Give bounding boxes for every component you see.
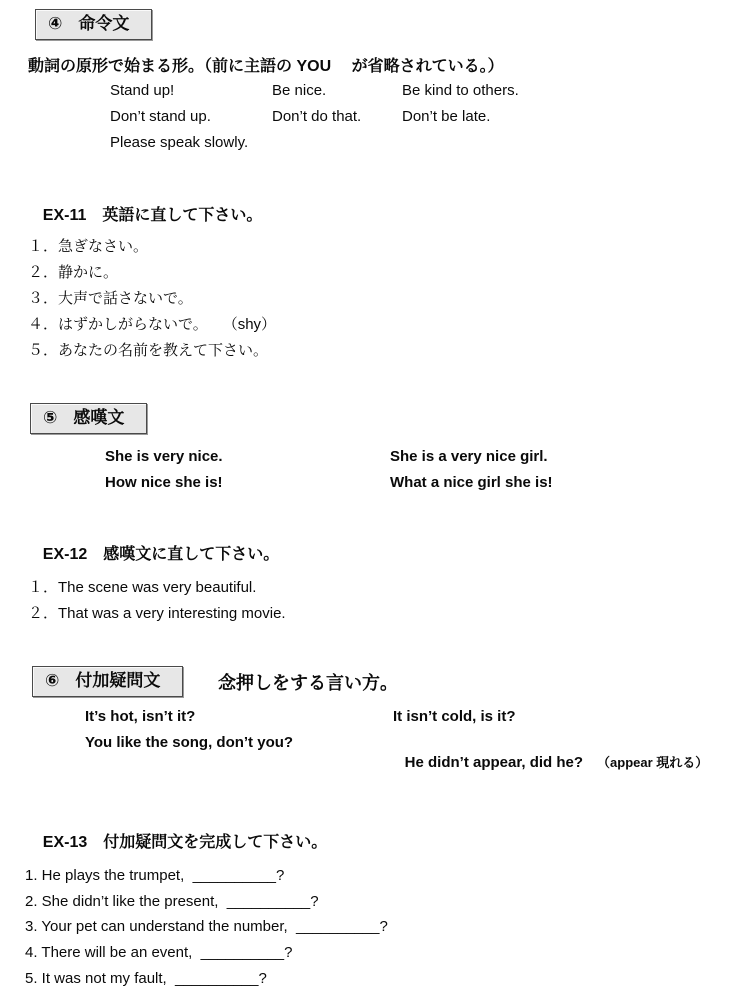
ex13-item: 4. There will be an event, __________?: [25, 943, 292, 963]
imperative-example: Don’t be late.: [402, 107, 490, 127]
ex12-header: EX-12感嘆文に直して下さい。: [25, 525, 279, 585]
section-4-title: 命令文: [78, 13, 129, 35]
imperative-example: Be kind to others.: [402, 81, 519, 101]
exclamatory-example: She is very nice.: [105, 447, 223, 467]
section-5-title: 感嘆文: [73, 407, 124, 429]
section-5-number: ⑤: [43, 407, 73, 429]
exclamatory-example: How nice she is!: [105, 473, 223, 493]
section-6-title: 付加疑問文: [75, 670, 160, 692]
ex11-item: ５．あなたの名前を教えて下さい。: [28, 341, 268, 361]
exclamatory-example: What a nice girl she is!: [390, 473, 553, 493]
section-4-number: ④: [48, 13, 78, 35]
ex13-item: 2. She didn’t like the present, ________…: [25, 892, 319, 912]
ex12-item: ２．That was a very interesting movie.: [28, 604, 286, 624]
imperative-example: Don’t do that.: [272, 107, 361, 127]
ex12-label: EX-12: [43, 546, 87, 563]
ex13-item: 1. He plays the trumpet, __________?: [25, 866, 284, 886]
tag-question-example: You like the song, don’t you?: [85, 733, 293, 753]
section-6-number: ⑥: [45, 670, 75, 692]
ex12-item: １．The scene was very beautiful.: [28, 578, 256, 598]
tag-question-subtitle: 念押しをする言い方。: [218, 669, 398, 695]
ex12-instruction: 感嘆文に直して下さい。: [87, 546, 279, 563]
ex11-item: １．急ぎなさい。: [28, 237, 148, 257]
ex13-label: EX-13: [43, 834, 87, 851]
imperative-example: Stand up!: [110, 81, 174, 101]
tag-question-example: He didn’t appear, did he?: [405, 754, 583, 771]
ex11-label: EX-11: [43, 207, 87, 224]
ex13-header: EX-13付加疑問文を完成して下さい。: [25, 813, 327, 873]
section-5-header-box: ⑤感嘆文: [30, 403, 147, 434]
ex11-item: ４．はずかしがらないで。 （shy）: [28, 315, 276, 335]
ex11-item: ２．静かに。: [28, 263, 118, 283]
tag-question-example: It’s hot, isn’t it?: [85, 707, 195, 727]
tag-question-example-with-note: He didn’t appear, did he?（appear 現れる）: [388, 733, 708, 793]
worksheet-page: ④命令文 動詞の原形で始まる形。（前に主語の YOU が省略されている。） St…: [0, 0, 750, 1000]
section-4-header-box: ④命令文: [35, 9, 152, 40]
imperative-example: Be nice.: [272, 81, 326, 101]
ex11-item: ３．大声で話さないで。: [28, 289, 193, 309]
ex13-instruction: 付加疑問文を完成して下さい。: [87, 834, 327, 851]
tag-question-example: It isn’t cold, is it?: [393, 707, 516, 727]
ex13-item: 5. It was not my fault, __________?: [25, 969, 267, 989]
vocab-note: （appear 現れる）: [583, 755, 708, 770]
imperative-example: Don’t stand up.: [110, 107, 211, 127]
imperative-intro: 動詞の原形で始まる形。（前に主語の YOU が省略されている。）: [28, 57, 504, 77]
ex11-instruction: 英語に直して下さい。: [86, 207, 262, 224]
section-6-header-box: ⑥付加疑問文: [32, 666, 183, 697]
imperative-example: Please speak slowly.: [110, 133, 248, 153]
ex13-item: 3. Your pet can understand the number, _…: [25, 917, 388, 937]
exclamatory-example: She is a very nice girl.: [390, 447, 548, 467]
